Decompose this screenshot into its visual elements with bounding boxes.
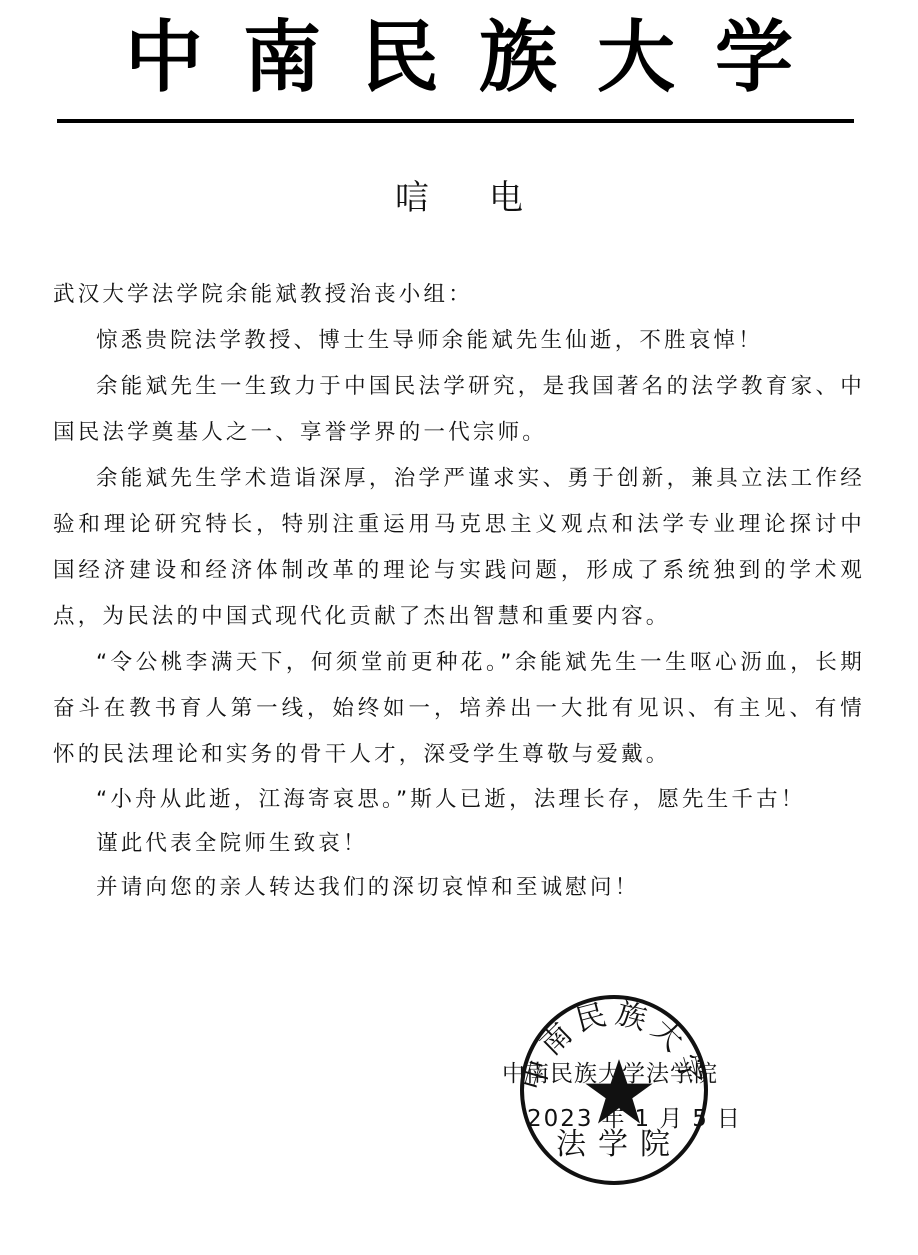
paragraph: 惊悉贵院法学教授、博士生导师余能斌先生仙逝，不胜哀悼！ (53, 318, 865, 364)
date-day-unit: 日 (717, 1106, 742, 1132)
date-year-unit: 年 (602, 1106, 627, 1132)
paragraph: 并请向您的亲人转达我们的深切哀悼和至诚慰问！ (53, 866, 865, 910)
date-year: 2023 (527, 1106, 594, 1132)
document-title: 唁电 (0, 178, 918, 218)
paragraph: “令公桃李满天下，何须堂前更种花。”余能斌先生一生呕心沥血，长期奋斗在教书育人第… (53, 640, 865, 778)
date-month-unit: 月 (659, 1106, 684, 1132)
document-body: 武汉大学法学院余能斌教授治丧小组： 惊悉贵院法学教授、博士生导师余能斌先生仙逝，… (53, 272, 865, 910)
paragraph: 余能斌先生学术造诣深厚，治学严谨求实、勇于创新，兼具立法工作经验和理论研究特长，… (53, 456, 865, 640)
official-seal: 中南民族大学 法学院 (520, 995, 708, 1185)
paragraph: 余能斌先生一生致力于中国民法学研究，是我国著名的法学教育家、中国民法学奠基人之一… (53, 364, 865, 456)
signature-organization: 中南民族大学法学院 (502, 1055, 718, 1088)
paragraph: “小舟从此逝，江海寄哀思。”斯人已逝，法理长存，愿先生千古！ (53, 778, 865, 822)
letterhead-institution: 中南民族大学 (0, 8, 918, 108)
date-day: 5 (692, 1106, 709, 1132)
signature-date: 2023年1月5日 (527, 1100, 750, 1133)
date-month: 1 (635, 1106, 652, 1132)
salutation: 武汉大学法学院余能斌教授治丧小组： (53, 272, 865, 318)
letterhead-divider (57, 119, 854, 123)
paragraph: 谨此代表全院师生致哀！ (53, 822, 865, 866)
